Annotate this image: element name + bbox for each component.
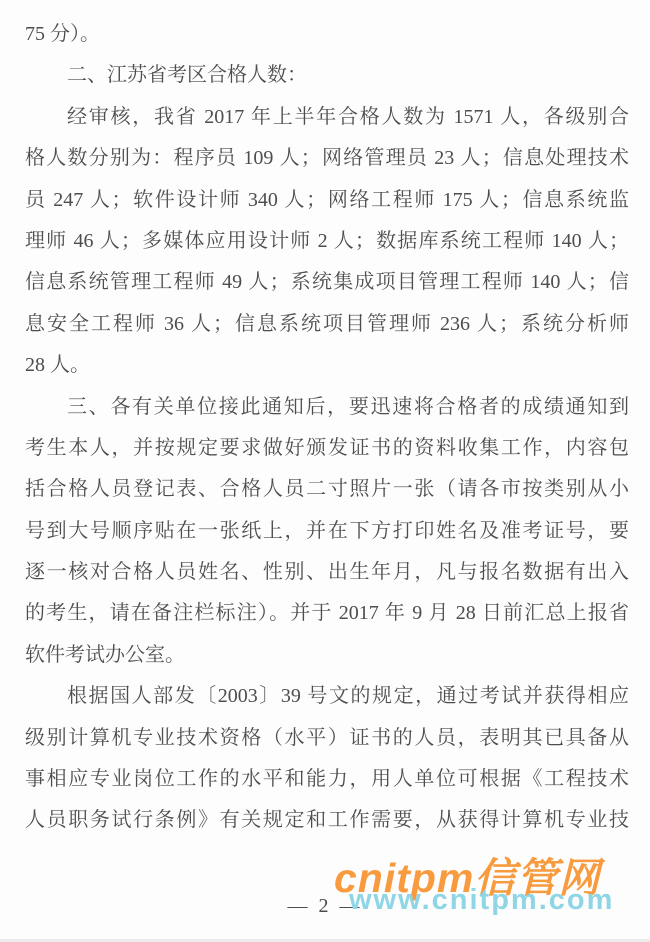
document-line: 息安全工程师 36 人；信息系统项目管理师 236 人；系统分析师 [25, 304, 629, 345]
document-line: 75 分）。 [25, 14, 629, 55]
document-line: 的考生，请在备注栏标注）。并于 2017 年 9 月 28 日前汇总上报省 [25, 593, 629, 634]
document-line: 考生本人，并按规定要求做好颁发证书的资料收集工作，内容包 [25, 428, 629, 469]
document-line: 逐一核对合格人员姓名、性别、出生年月，凡与报名数据有出入 [25, 552, 629, 593]
document-line: 号到大号顺序贴在一张纸上，并在下方打印姓名及准考证号，要 [25, 511, 629, 552]
document-line: 格人数分别为：程序员 109 人；网络管理员 23 人；信息处理技术 [25, 138, 629, 179]
document-line: 事相应专业岗位工作的水平和能力，用人单位可根据《工程技术 [25, 759, 629, 800]
document-line-section-3-start: 三、各有关单位接此通知后，要迅速将合格者的成绩通知到 [25, 387, 629, 428]
scanned-document-page: 75 分）。 二、江苏省考区合格人数： 经审核，我省 2017 年上半年合格人数… [0, 0, 650, 942]
document-line-section-2-heading: 二、江苏省考区合格人数： [25, 55, 629, 96]
document-line: 经审核，我省 2017 年上半年合格人数为 1571 人，各级别合 [25, 97, 629, 138]
document-line: 人员职务试行条例》有关规定和工作需要，从获得计算机专业技 [25, 800, 629, 841]
document-line: 根据国人部发〔2003〕39 号文的规定，通过考试并获得相应 [25, 676, 629, 717]
page-number: — 2 — [0, 895, 650, 918]
document-line: 员 247 人；软件设计师 340 人；网络工程师 175 人；信息系统监 [25, 180, 629, 221]
document-line: 括合格人员登记表、合格人员二寸照片一张（请各市按类别从小 [25, 469, 629, 510]
document-line: 信息系统管理工程师 49 人；系统集成项目管理工程师 140 人；信 [25, 262, 629, 303]
document-line: 理师 46 人；多媒体应用设计师 2 人；数据库系统工程师 140 人； [25, 221, 629, 262]
document-line: 软件考试办公室。 [25, 635, 629, 676]
document-line: 28 人。 [25, 345, 629, 386]
document-line: 级别计算机专业技术资格（水平）证书的人员，表明其已具备从 [25, 718, 629, 759]
document-body: 75 分）。 二、江苏省考区合格人数： 经审核，我省 2017 年上半年合格人数… [25, 14, 629, 842]
